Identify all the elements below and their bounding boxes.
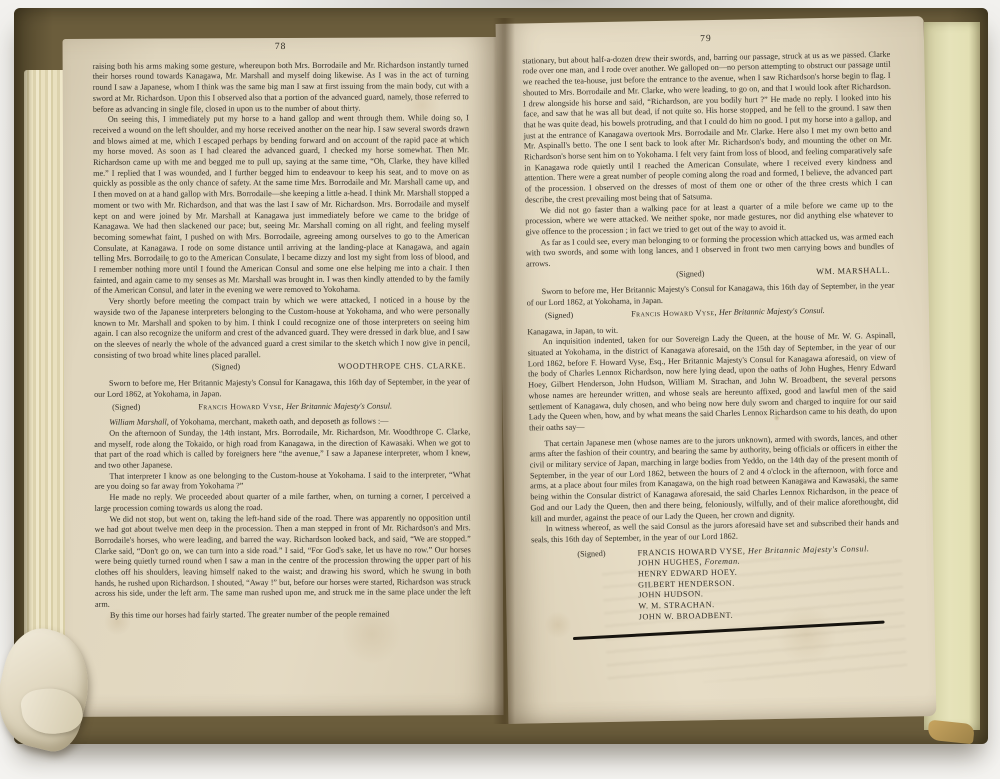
- signature-name: W. M. STRACHAN.: [638, 600, 714, 610]
- signed-label: (Signed): [676, 269, 704, 280]
- signature-title: Her Britannic Majesty's Consul.: [745, 544, 869, 555]
- deponent-name: William Marshall,: [109, 418, 169, 427]
- paragraph-very-shortly: Very shortly before meeting the compact …: [94, 295, 470, 361]
- worn-cover-corner: [927, 720, 975, 745]
- signed-label: (Signed): [545, 310, 573, 321]
- deponent-oath-text: of Yokohama, merchant, maketh oath, and …: [169, 417, 389, 427]
- signature-name: HENRY EDWARD HOEY.: [638, 568, 737, 579]
- signature-line-vyse: (Signed) Francis Howard Vyse, Her Britan…: [94, 401, 470, 413]
- paragraph-as-far: As far as I could see, every man belongi…: [526, 231, 895, 270]
- signature-line-clarke: (Signed) WOODTHROPE CHS. CLARKE.: [94, 362, 470, 374]
- signature-title: Foreman.: [702, 557, 740, 567]
- signature-name: JOHN HUGHES,: [638, 558, 702, 568]
- signature-name: WM. MARSHALL.: [704, 265, 894, 279]
- paragraph-carryover: raising both his arms making some gestur…: [93, 60, 469, 115]
- paragraph-on-seeing: On seeing this, I immediately put my hor…: [93, 113, 470, 297]
- inquest-signature-block: (Signed) FRANCIS HOWARD VYSE, Her Britan…: [531, 543, 900, 625]
- paragraph-did-not-stop: We did not stop, but went on, taking the…: [95, 513, 471, 611]
- signature-name: WOODTHROPE CHS. CLARKE.: [240, 362, 470, 374]
- paragraph-interpreter: That interpreter I know as one belonging…: [94, 470, 470, 493]
- right-page-text: 79 stationary, but about half-a-dozen dr…: [496, 16, 935, 635]
- left-page-text: 78 raising both his arms making some ges…: [63, 37, 504, 621]
- signed-label: (Signed): [212, 363, 240, 374]
- paragraph-inquisition: An inquisition indented, taken for our S…: [527, 331, 897, 434]
- signature-title: Her Britannic Majesty's Consul.: [717, 306, 825, 317]
- juror-signature-list: FRANCIS HOWARD VYSE, Her Britannic Majes…: [637, 544, 870, 623]
- photo-background: 78 raising both his arms making some ges…: [0, 0, 1000, 779]
- paragraph-by-this-time: By this time our horses had fairly start…: [95, 609, 471, 621]
- signature-name: Francis Howard Vyse,: [631, 308, 717, 319]
- signed-label: (Signed): [577, 549, 607, 624]
- spacer: [140, 402, 198, 413]
- signature-title: Her Britannic Majesty's Consul.: [284, 401, 392, 410]
- page-number: 78: [93, 41, 469, 53]
- signature-name: FRANCIS HOWARD VYSE,: [637, 546, 745, 557]
- signature-name: Francis Howard Vyse,: [198, 401, 284, 410]
- paragraph-no-reply: He made no reply. We proceeded about qua…: [95, 491, 471, 514]
- paragraph-sworn: Sworn to before me, Her Britannic Majest…: [94, 377, 470, 400]
- paragraph-stationary: stationary, but about half-a-dozen drew …: [522, 49, 893, 206]
- book: 78 raising both his arms making some ges…: [14, 8, 988, 744]
- signature-name: JOHN W. BROADBENT.: [639, 611, 734, 622]
- spacer: [573, 309, 631, 321]
- right-page: 79 stationary, but about half-a-dozen dr…: [496, 16, 937, 724]
- signed-label: (Signed): [112, 402, 140, 413]
- paragraph-afternoon: On the afternoon of Sunday, the 14th ins…: [94, 427, 470, 471]
- page-number: 79: [522, 31, 890, 48]
- left-page: 78 raising both his arms making some ges…: [63, 37, 504, 717]
- signature-name: GILBERT HENDERSON.: [638, 578, 735, 589]
- paragraph-that-certain: That certain Japanese men (whose names a…: [529, 432, 899, 524]
- signature-name: JOHN HUDSON.: [638, 590, 703, 600]
